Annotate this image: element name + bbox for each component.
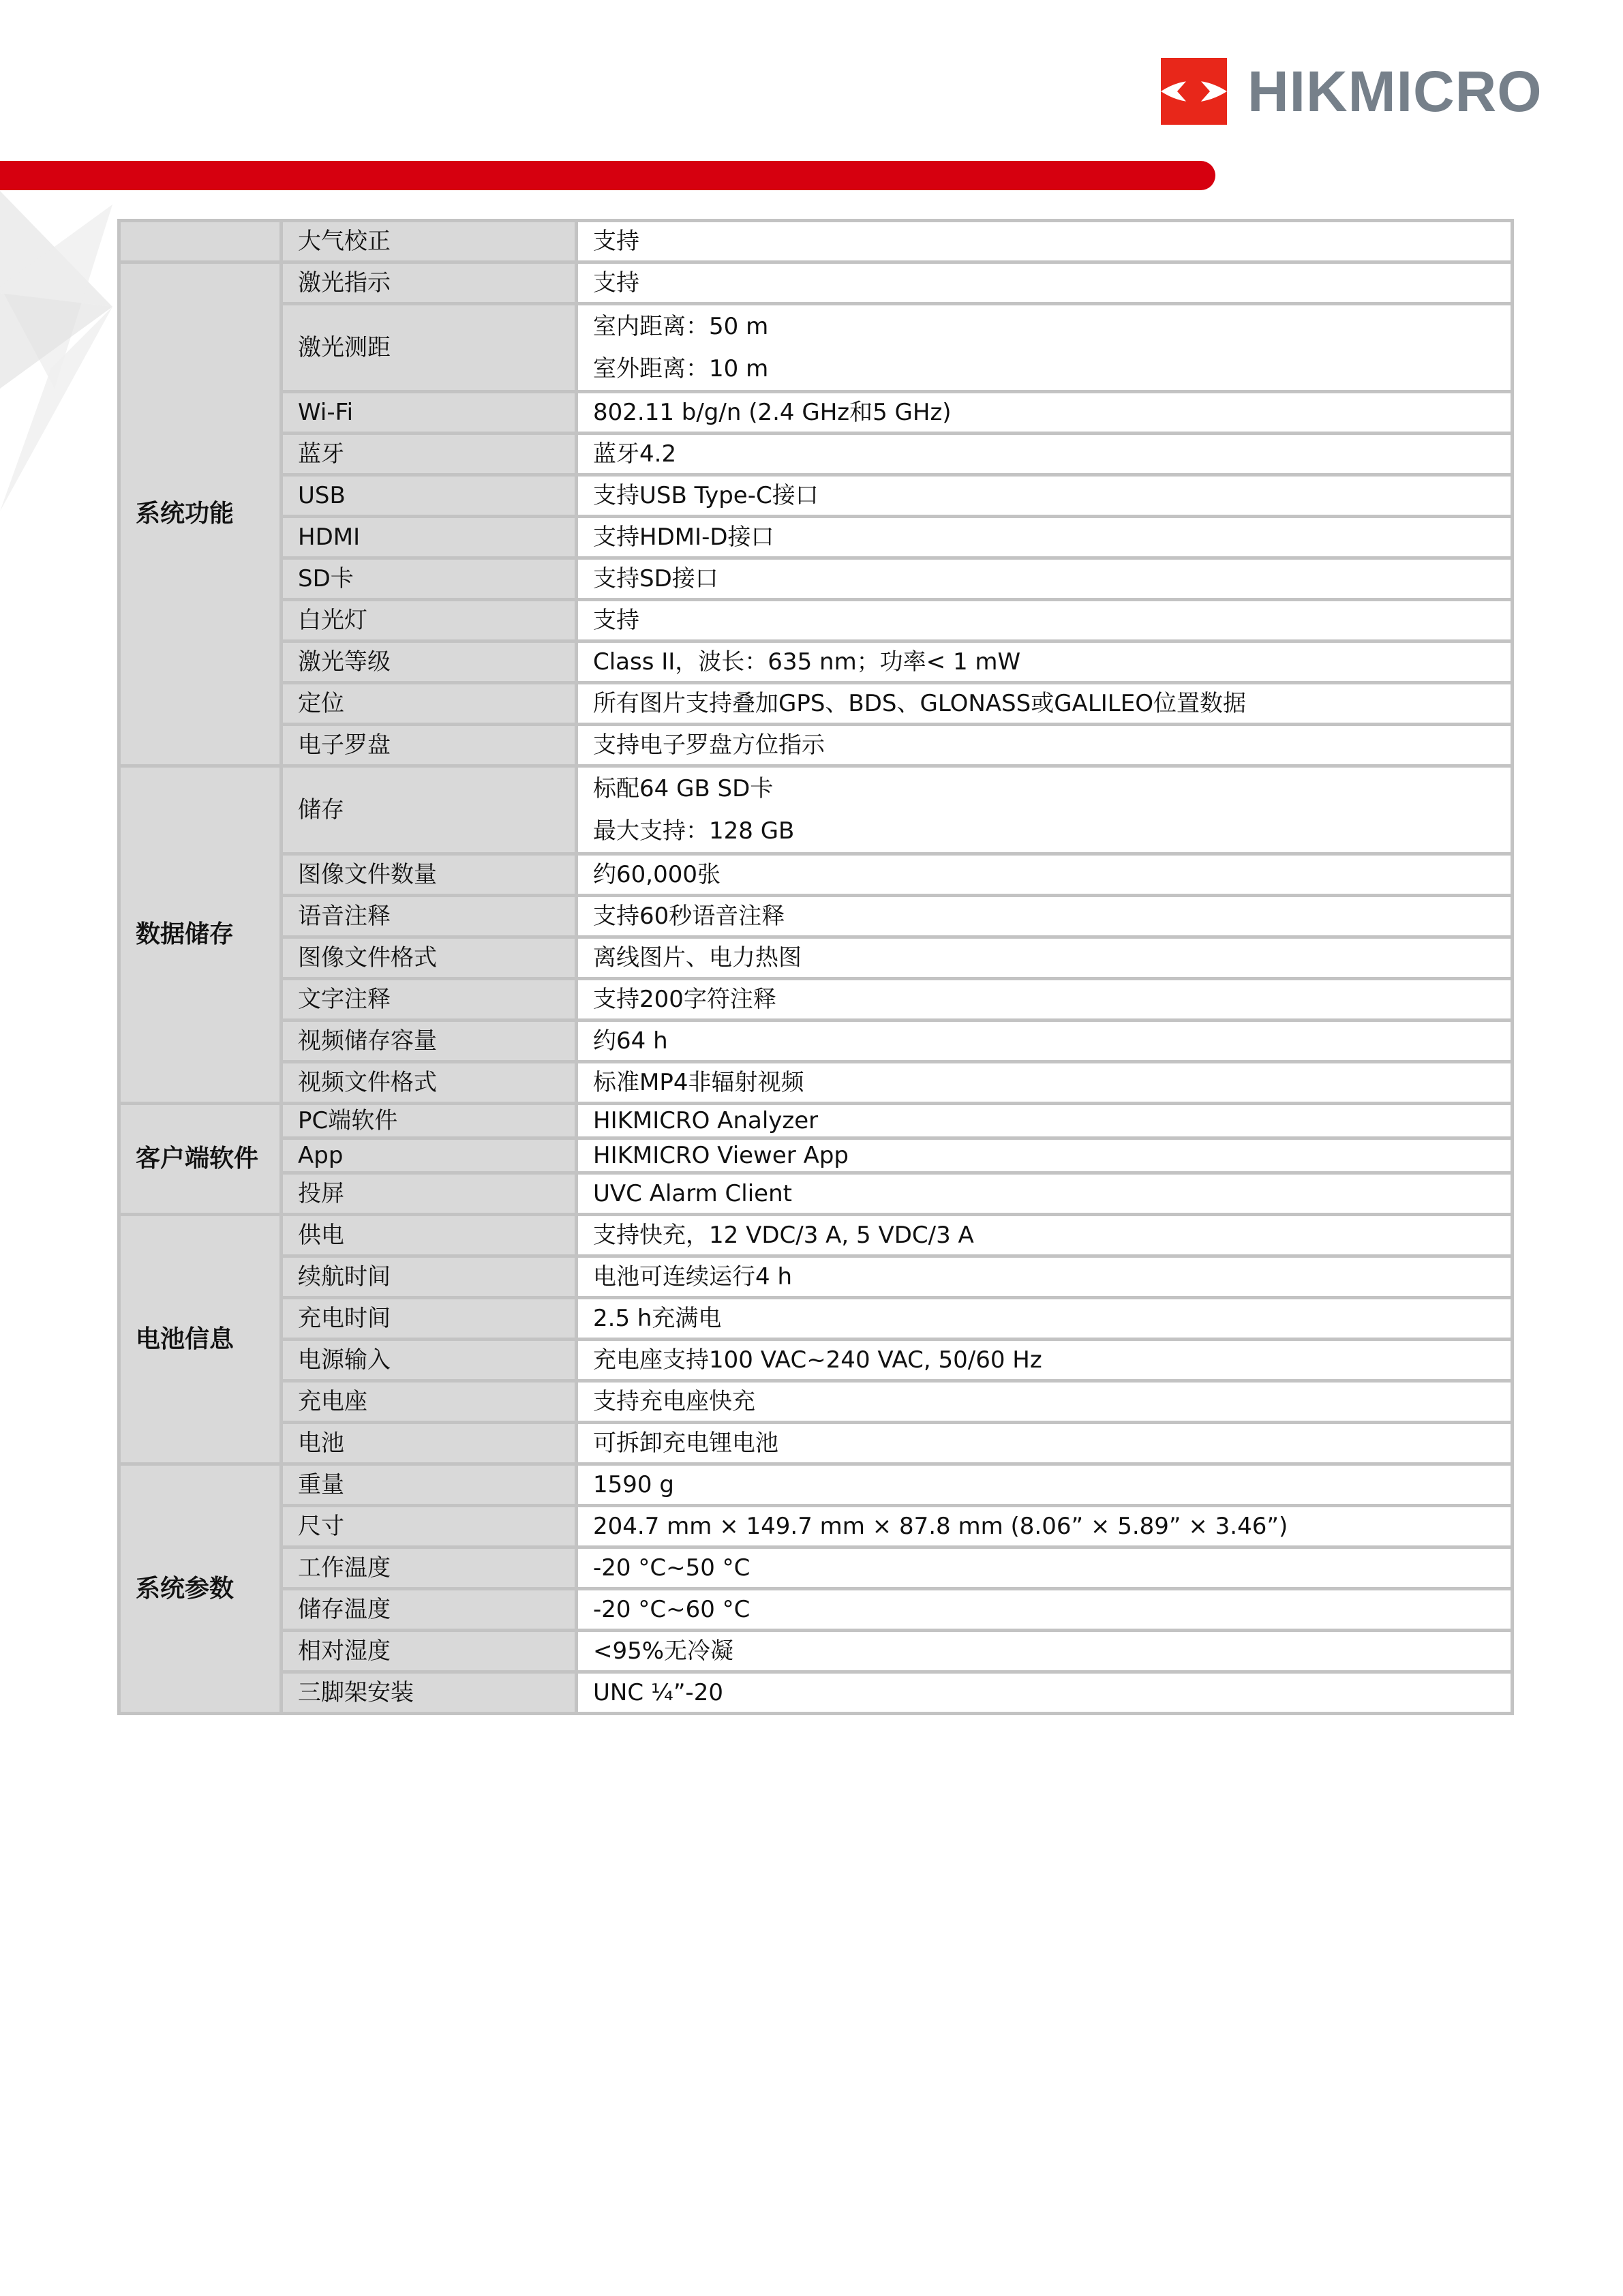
spec-key: 白光灯 bbox=[282, 600, 577, 641]
spec-value: 约64 h bbox=[577, 1021, 1513, 1062]
spec-value: 所有图片支持叠加GPS、BDS、GLONASS或GALILEO位置数据 bbox=[577, 683, 1513, 725]
table-row: 激光测距 室内距离：50 m 室外距离：10 m bbox=[119, 304, 1513, 392]
brand-wordmark: HIKMICRO bbox=[1247, 63, 1543, 120]
table-row: 大气校正 支持 bbox=[119, 221, 1513, 262]
table-row: 尺寸 204.7 mm × 149.7 mm × 87.8 mm (8.06” … bbox=[119, 1506, 1513, 1547]
brand-logo: HIKMICRO bbox=[1161, 57, 1543, 125]
spec-key: 工作温度 bbox=[282, 1547, 577, 1589]
spec-value: 离线图片、电力热图 bbox=[577, 937, 1513, 979]
spec-value: 支持SD接口 bbox=[577, 558, 1513, 600]
table-row: 充电时间 2.5 h充满电 bbox=[119, 1298, 1513, 1340]
spec-key: 蓝牙 bbox=[282, 434, 577, 475]
spec-key: 重量 bbox=[282, 1464, 577, 1506]
spec-value: 802.11 b/g/n (2.4 GHz和5 GHz) bbox=[577, 392, 1513, 434]
group-title: 电池信息 bbox=[119, 1215, 282, 1464]
spec-key: SD卡 bbox=[282, 558, 577, 600]
spec-key: 电源输入 bbox=[282, 1340, 577, 1381]
table-row: 白光灯 支持 bbox=[119, 600, 1513, 641]
spec-value: 约60,000张 bbox=[577, 854, 1513, 896]
table-row: 视频文件格式 标准MP4非辐射视频 bbox=[119, 1062, 1513, 1104]
spec-key: 储存温度 bbox=[282, 1589, 577, 1631]
spec-key: 激光等级 bbox=[282, 641, 577, 683]
header-accent-bar bbox=[0, 161, 1215, 190]
spec-key: 充电时间 bbox=[282, 1298, 577, 1340]
spec-key: 图像文件数量 bbox=[282, 854, 577, 896]
spec-value: 支持HDMI-D接口 bbox=[577, 517, 1513, 558]
spec-value: <95%无冷凝 bbox=[577, 1631, 1513, 1672]
table-row: 图像文件数量 约60,000张 bbox=[119, 854, 1513, 896]
spec-value: -20 °C~50 °C bbox=[577, 1547, 1513, 1589]
spec-key: 电子罗盘 bbox=[282, 725, 577, 766]
group-title: 客户端软件 bbox=[119, 1104, 282, 1215]
spec-value-line: 室内距离：50 m bbox=[593, 305, 1511, 348]
group-title: 系统参数 bbox=[119, 1464, 282, 1714]
table-row: 电池信息 供电 支持快充，12 VDC/3 A, 5 VDC/3 A bbox=[119, 1215, 1513, 1256]
spec-value: 支持充电座快充 bbox=[577, 1381, 1513, 1423]
spec-key: 续航时间 bbox=[282, 1256, 577, 1298]
hikmicro-eye-logo-icon bbox=[1161, 58, 1227, 125]
spec-value: 室内距离：50 m 室外距离：10 m bbox=[577, 304, 1513, 392]
spec-value: HIKMICRO Analyzer bbox=[577, 1104, 1513, 1138]
spec-value: 支持USB Type-C接口 bbox=[577, 475, 1513, 517]
spec-value: 支持 bbox=[577, 221, 1513, 262]
spec-value: 可拆卸充电锂电池 bbox=[577, 1423, 1513, 1464]
spec-value: 支持 bbox=[577, 262, 1513, 304]
spec-value: 支持200字符注释 bbox=[577, 979, 1513, 1021]
spec-value: 充电座支持100 VAC~240 VAC, 50/60 Hz bbox=[577, 1340, 1513, 1381]
spec-value: 支持60秒语音注释 bbox=[577, 896, 1513, 937]
table-row: SD卡 支持SD接口 bbox=[119, 558, 1513, 600]
table-row: 系统功能 激光指示 支持 bbox=[119, 262, 1513, 304]
spec-key: 视频文件格式 bbox=[282, 1062, 577, 1104]
spec-value-line: 室外距离：10 m bbox=[593, 348, 1511, 390]
table-row: 相对湿度 <95%无冷凝 bbox=[119, 1631, 1513, 1672]
spec-key: 尺寸 bbox=[282, 1506, 577, 1547]
table-row: 定位 所有图片支持叠加GPS、BDS、GLONASS或GALILEO位置数据 bbox=[119, 683, 1513, 725]
spec-value: 蓝牙4.2 bbox=[577, 434, 1513, 475]
spec-value: 支持电子罗盘方位指示 bbox=[577, 725, 1513, 766]
spec-key: 文字注释 bbox=[282, 979, 577, 1021]
spec-key: 储存 bbox=[282, 766, 577, 854]
spec-value: 标配64 GB SD卡 最大支持：128 GB bbox=[577, 766, 1513, 854]
spec-key: App bbox=[282, 1138, 577, 1173]
table-row: 文字注释 支持200字符注释 bbox=[119, 979, 1513, 1021]
spec-value: 支持 bbox=[577, 600, 1513, 641]
spec-value-line: 标配64 GB SD卡 bbox=[593, 768, 1511, 810]
table-row: 视频储存容量 约64 h bbox=[119, 1021, 1513, 1062]
spec-key: 充电座 bbox=[282, 1381, 577, 1423]
spec-key: 相对湿度 bbox=[282, 1631, 577, 1672]
table-row: HDMI 支持HDMI-D接口 bbox=[119, 517, 1513, 558]
table-row: 电子罗盘 支持电子罗盘方位指示 bbox=[119, 725, 1513, 766]
group-title: 数据储存 bbox=[119, 766, 282, 1104]
table-row: 语音注释 支持60秒语音注释 bbox=[119, 896, 1513, 937]
spec-value: UNC ¼”-20 bbox=[577, 1672, 1513, 1714]
spec-value: -20 °C~60 °C bbox=[577, 1589, 1513, 1631]
spec-value: Class II，波长：635 nm；功率< 1 mW bbox=[577, 641, 1513, 683]
spec-value: 电池可连续运行4 h bbox=[577, 1256, 1513, 1298]
spec-key: USB bbox=[282, 475, 577, 517]
table-row: 电池 可拆卸充电锂电池 bbox=[119, 1423, 1513, 1464]
table-row: Wi-Fi 802.11 b/g/n (2.4 GHz和5 GHz) bbox=[119, 392, 1513, 434]
spec-value: 204.7 mm × 149.7 mm × 87.8 mm (8.06” × 5… bbox=[577, 1506, 1513, 1547]
table-row: 数据储存 储存 标配64 GB SD卡 最大支持：128 GB bbox=[119, 766, 1513, 854]
group-title: 系统功能 bbox=[119, 262, 282, 766]
spec-key: HDMI bbox=[282, 517, 577, 558]
spec-key: Wi-Fi bbox=[282, 392, 577, 434]
spec-key: 大气校正 bbox=[282, 221, 577, 262]
spec-key: PC端软件 bbox=[282, 1104, 577, 1138]
table-row: 续航时间 电池可连续运行4 h bbox=[119, 1256, 1513, 1298]
spec-value: HIKMICRO Viewer App bbox=[577, 1138, 1513, 1173]
table-row: 电源输入 充电座支持100 VAC~240 VAC, 50/60 Hz bbox=[119, 1340, 1513, 1381]
table-row: App HIKMICRO Viewer App bbox=[119, 1138, 1513, 1173]
spec-value: 支持快充，12 VDC/3 A, 5 VDC/3 A bbox=[577, 1215, 1513, 1256]
table-row: 激光等级 Class II，波长：635 nm；功率< 1 mW bbox=[119, 641, 1513, 683]
spec-key: 图像文件格式 bbox=[282, 937, 577, 979]
spec-table: 大气校正 支持 系统功能 激光指示 支持 激光测距 室内距离：50 m 室外距离… bbox=[117, 219, 1514, 1715]
table-row: 客户端软件 PC端软件 HIKMICRO Analyzer bbox=[119, 1104, 1513, 1138]
decorative-triangles-icon bbox=[0, 191, 116, 511]
table-row: 系统参数 重量 1590 g bbox=[119, 1464, 1513, 1506]
spec-key: 激光指示 bbox=[282, 262, 577, 304]
table-row: 储存温度 -20 °C~60 °C bbox=[119, 1589, 1513, 1631]
spec-key: 三脚架安装 bbox=[282, 1672, 577, 1714]
spec-key: 电池 bbox=[282, 1423, 577, 1464]
table-row: 充电座 支持充电座快充 bbox=[119, 1381, 1513, 1423]
table-row: USB 支持USB Type-C接口 bbox=[119, 475, 1513, 517]
table-row: 图像文件格式 离线图片、电力热图 bbox=[119, 937, 1513, 979]
spec-value: 标准MP4非辐射视频 bbox=[577, 1062, 1513, 1104]
group-cell-empty bbox=[119, 221, 282, 262]
table-row: 投屏 UVC Alarm Client bbox=[119, 1173, 1513, 1215]
spec-key: 语音注释 bbox=[282, 896, 577, 937]
spec-key: 投屏 bbox=[282, 1173, 577, 1215]
spec-key: 视频储存容量 bbox=[282, 1021, 577, 1062]
spec-key: 供电 bbox=[282, 1215, 577, 1256]
spec-key: 定位 bbox=[282, 683, 577, 725]
spec-value: 1590 g bbox=[577, 1464, 1513, 1506]
spec-value-line: 最大支持：128 GB bbox=[593, 810, 1511, 852]
spec-value: 2.5 h充满电 bbox=[577, 1298, 1513, 1340]
table-row: 蓝牙 蓝牙4.2 bbox=[119, 434, 1513, 475]
table-row: 工作温度 -20 °C~50 °C bbox=[119, 1547, 1513, 1589]
spec-key: 激光测距 bbox=[282, 304, 577, 392]
table-row: 三脚架安装 UNC ¼”-20 bbox=[119, 1672, 1513, 1714]
spec-value: UVC Alarm Client bbox=[577, 1173, 1513, 1215]
